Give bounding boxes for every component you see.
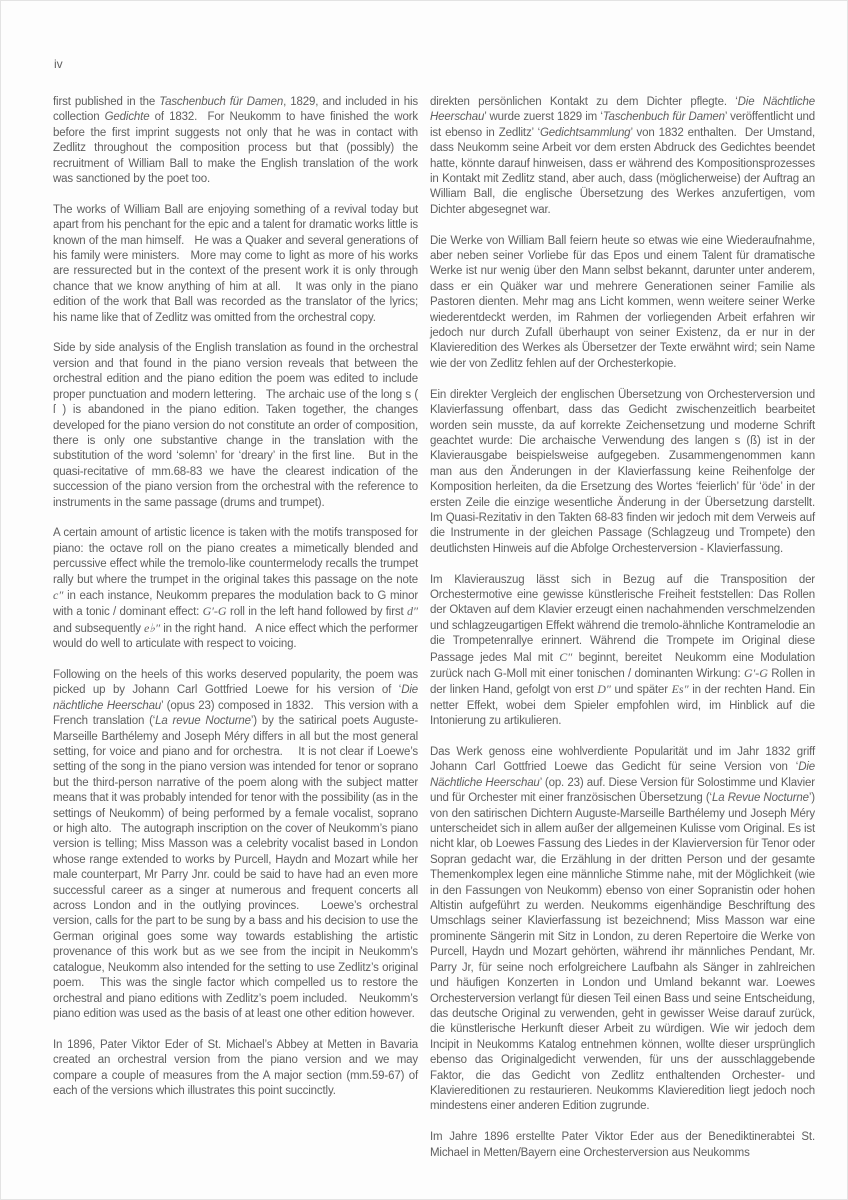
body-text: Im Klavierauszug lässt sich in Bezug auf…: [430, 574, 818, 664]
italic-title-text: Taschenbuch für Damen: [159, 96, 283, 108]
italic-title-text: La revue Nocturne: [155, 715, 251, 727]
italic-title-text: La Revue Nocturne: [712, 792, 809, 804]
music-notation-text: G′-G: [203, 604, 227, 618]
music-notation-text: c″: [53, 588, 63, 602]
music-notation-text: Es″: [672, 682, 689, 696]
page-number: iv: [54, 57, 815, 72]
paragraph: Die Werke von William Ball feiern heute …: [430, 234, 815, 373]
paragraph: In 1896, Pater Viktor Eder of St. Michae…: [53, 1038, 418, 1100]
body-text: Following on the heels of this works des…: [53, 669, 421, 696]
body-text: ’ von 1832 enthalten. Der Umstand, dass …: [430, 127, 818, 216]
column-english-text: first published in the Taschenbuch für D…: [53, 95, 418, 1161]
body-text: In 1896, Pater Viktor Eder of St. Michae…: [53, 1039, 421, 1097]
paragraph: first published in the Taschenbuch für D…: [53, 95, 418, 187]
paragraph: Following on the heels of this works des…: [53, 668, 418, 1022]
body-text: ’ wurde zuerst 1829 im ‘: [484, 111, 602, 123]
body-text: first published in the: [53, 96, 159, 108]
paragraph: The works of William Ball are enjoying s…: [53, 203, 418, 326]
paragraph: Im Klavierauszug lässt sich in Bezug auf…: [430, 573, 815, 730]
body-text: Ein direkter Vergleich der englischen Üb…: [430, 389, 818, 555]
body-text: A certain amount of artistic licence is …: [53, 527, 421, 585]
column-german-text: direkten persönlichen Kontakt zu dem Dic…: [430, 95, 815, 1161]
body-text: roll in the left hand followed by first: [227, 606, 407, 618]
paragraph: Das Werk genoss eine wohlverdiente Popul…: [430, 745, 815, 1115]
body-text: ’) von den satirischen Dichtern Auguste-…: [430, 792, 818, 1112]
italic-title-text: Gedichtsammlung: [540, 127, 630, 139]
body-text: Das Werk genoss eine wohlverdiente Popul…: [430, 746, 818, 773]
paragraph: Im Jahre 1896 erstellte Pater Viktor Ede…: [430, 1130, 815, 1161]
music-notation-text: C″: [559, 650, 572, 664]
music-notation-text: e♭″: [144, 621, 160, 635]
document-page: iv first published in the Taschenbuch fü…: [0, 0, 848, 1200]
body-text: Side by side analysis of the English tra…: [53, 342, 421, 508]
paragraph: Ein direkter Vergleich der englischen Üb…: [430, 388, 815, 557]
paragraph: A certain amount of artistic licence is …: [53, 526, 418, 652]
music-notation-text: d″: [407, 604, 418, 618]
body-text: direkten persönlichen Kontakt zu dem Dic…: [430, 96, 738, 108]
two-column-layout: first published in the Taschenbuch für D…: [53, 95, 815, 1161]
paragraph: direkten persönlichen Kontakt zu dem Dic…: [430, 95, 815, 218]
paragraph: Side by side analysis of the English tra…: [53, 341, 418, 510]
music-notation-text: G′-G: [744, 666, 768, 680]
body-text: Im Jahre 1896 erstellte Pater Viktor Ede…: [430, 1131, 818, 1158]
body-text: Die Werke von William Ball feiern heute …: [430, 235, 818, 370]
body-text: The works of William Ball are enjoying s…: [53, 204, 421, 324]
music-notation-text: D″: [597, 682, 611, 696]
body-text: ’) by the satirical poets Auguste-Marsei…: [53, 715, 421, 1020]
body-text: und später: [611, 684, 672, 696]
italic-title-text: Taschenbuch für Damen: [603, 111, 725, 123]
italic-title-text: Gedichte: [105, 111, 150, 123]
